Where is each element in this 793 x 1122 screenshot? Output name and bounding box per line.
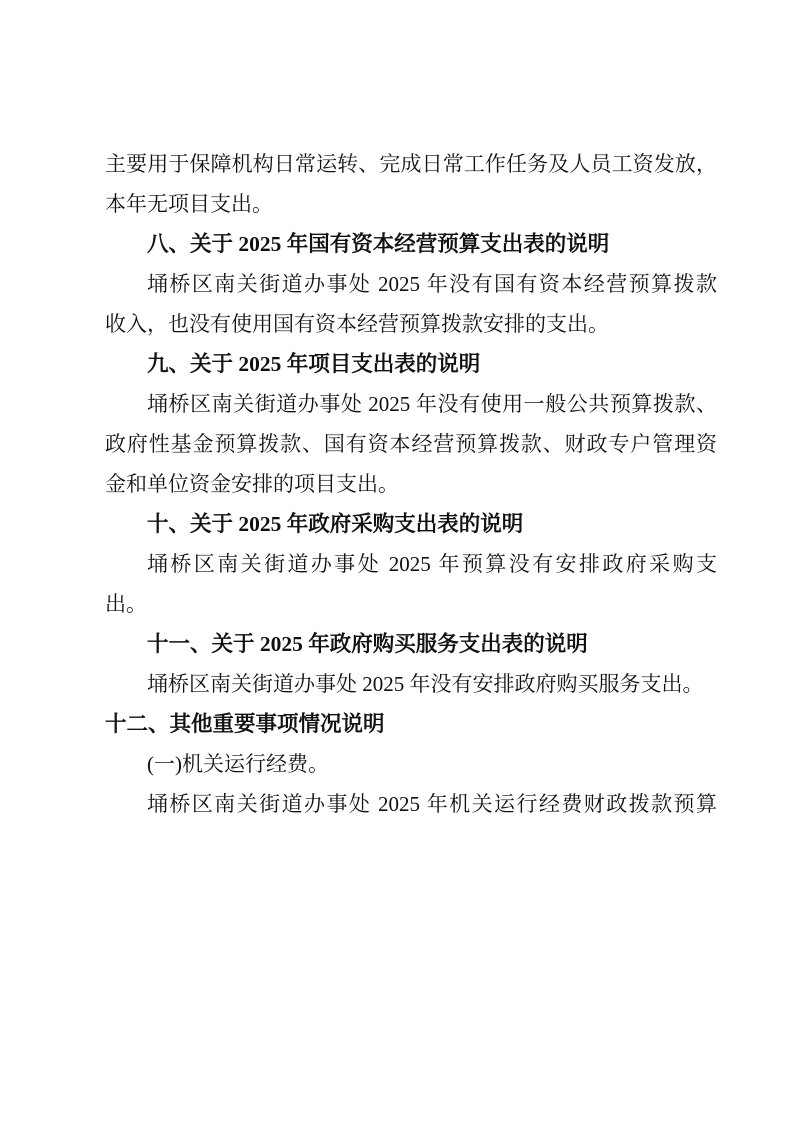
text-line: 出。	[105, 584, 717, 624]
section-heading-9: 九、关于 2025 年项目支出表的说明	[105, 344, 717, 384]
text-line: 埇桥区南关街道办事处 2025 年机关运行经费财政拨款预算	[105, 784, 717, 824]
text-line: 埇桥区南关街道办事处 2025 年没有安排政府购买服务支出。	[105, 664, 717, 704]
section-paragraph-8: 埇桥区南关街道办事处 2025 年没有国有资本经营预算拨款 收入，也没有使用国有…	[105, 264, 717, 344]
section-heading-8: 八、关于 2025 年国有资本经营预算支出表的说明	[105, 224, 717, 264]
section-paragraph-12-body: 埇桥区南关街道办事处 2025 年机关运行经费财政拨款预算	[105, 784, 717, 824]
section-paragraph-9: 埇桥区南关街道办事处 2025 年没有使用一般公共预算拨款、 政府性基金预算拨款…	[105, 384, 717, 504]
text-line: (一)机关运行经费。	[105, 744, 717, 784]
paragraph-continuation: 主要用于保障机构日常运转、完成日常工作任务及人员工资发放， 本年无项目支出。	[105, 144, 717, 224]
section-heading-10: 十、关于 2025 年政府采购支出表的说明	[105, 504, 717, 544]
text-line: 收入，也没有使用国有资本经营预算拨款安排的支出。	[105, 304, 717, 344]
section-paragraph-10: 埇桥区南关街道办事处 2025 年预算没有安排政府采购支 出。	[105, 544, 717, 624]
text-line: 埇桥区南关街道办事处 2025 年没有使用一般公共预算拨款、	[105, 384, 717, 424]
text-line: 政府性基金预算拨款、国有资本经营预算拨款、财政专户管理资	[105, 424, 717, 464]
text-line: 金和单位资金安排的项目支出。	[105, 464, 717, 504]
section-paragraph-12-item: (一)机关运行经费。	[105, 744, 717, 784]
text-line: 本年无项目支出。	[105, 184, 717, 224]
text-line: 主要用于保障机构日常运转、完成日常工作任务及人员工资发放，	[105, 144, 717, 184]
section-heading-11: 十一、关于 2025 年政府购买服务支出表的说明	[105, 624, 717, 664]
section-heading-12: 十二、其他重要事项情况说明	[105, 704, 717, 744]
section-paragraph-11: 埇桥区南关街道办事处 2025 年没有安排政府购买服务支出。	[105, 664, 717, 704]
document-page: 主要用于保障机构日常运转、完成日常工作任务及人员工资发放， 本年无项目支出。 八…	[0, 0, 793, 1122]
text-line: 埇桥区南关街道办事处 2025 年预算没有安排政府采购支	[105, 544, 717, 584]
text-line: 埇桥区南关街道办事处 2025 年没有国有资本经营预算拨款	[105, 264, 717, 304]
